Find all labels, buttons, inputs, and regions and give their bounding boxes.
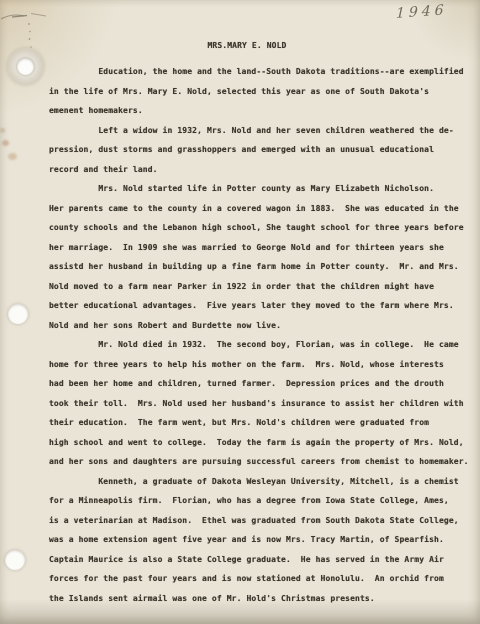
typed-line: Left a widow in 1932, Mrs. Nold and her … [49,121,472,141]
typed-line: Mr. Nold died in 1932. The second boy, F… [49,335,472,355]
typed-line: county schools and the Lebanon high scho… [49,218,472,238]
typed-line: and her sons and daughters are pursuing … [49,452,472,472]
typed-line: their education. The farm went, but Mrs.… [49,413,472,433]
hole-punch-top-hole [17,58,34,75]
document-page: 1946 MRS.MARY E. NOLD Education, the hom… [0,0,480,624]
typed-line: record and their land. [49,160,472,180]
typed-line: took their toll. Mrs. Nold used her husb… [49,394,472,414]
typed-line: Nold moved to a farm near Parker in 1922… [49,277,472,297]
typed-line: Nold and her sons Robert and Burdette no… [49,316,472,336]
document-title: MRS.MARY E. NOLD [0,41,480,50]
typed-line: for a Minneapolis firm. Florian, who has… [49,491,472,511]
typed-line: better educational advantages. Five year… [49,296,472,316]
paper-stain [2,140,9,146]
paper-stain [0,128,5,133]
typed-line: was a home extension agent five year and… [49,530,472,550]
typed-line: Education, the home and the land--South … [49,62,472,82]
typed-line: high school and went to college. Today t… [49,433,472,453]
typed-line: Her parents came to the county in a cove… [49,199,472,219]
typed-line: forces for the past four years and is no… [49,569,472,589]
document-body: Education, the home and the land--South … [49,62,472,608]
typed-line: Mrs. Nold started life in Potter county … [49,179,472,199]
typed-line: Captain Maurice is also a State College … [49,550,472,570]
typed-line: emenent homemakers. [49,101,472,121]
typed-line: her marriage. In 1909 she was married to… [49,238,472,258]
hole-punch-top [7,48,44,85]
paper-stain [8,153,17,160]
typed-line: Kenneth, a graduate of Dakota Wesleyan U… [49,472,472,492]
typed-line: had been her home and children, turned f… [49,374,472,394]
typed-line: the Islands sent airmail was one of Mr. … [49,589,472,609]
typed-line: home for three years to help his mother … [49,355,472,375]
handwritten-year-note: 1946 [396,2,448,22]
typed-line: pression, dust storms and grasshoppers a… [49,140,472,160]
typed-line: is a veterinarian at Madison. Ethel was … [49,511,472,531]
hole-punch-middle [8,304,28,324]
typed-line: assistd her husband in building up a fin… [49,257,472,277]
hole-punch-bottom [5,550,25,570]
typed-line: in the life of Mrs. Mary E. Nold, select… [49,82,472,102]
